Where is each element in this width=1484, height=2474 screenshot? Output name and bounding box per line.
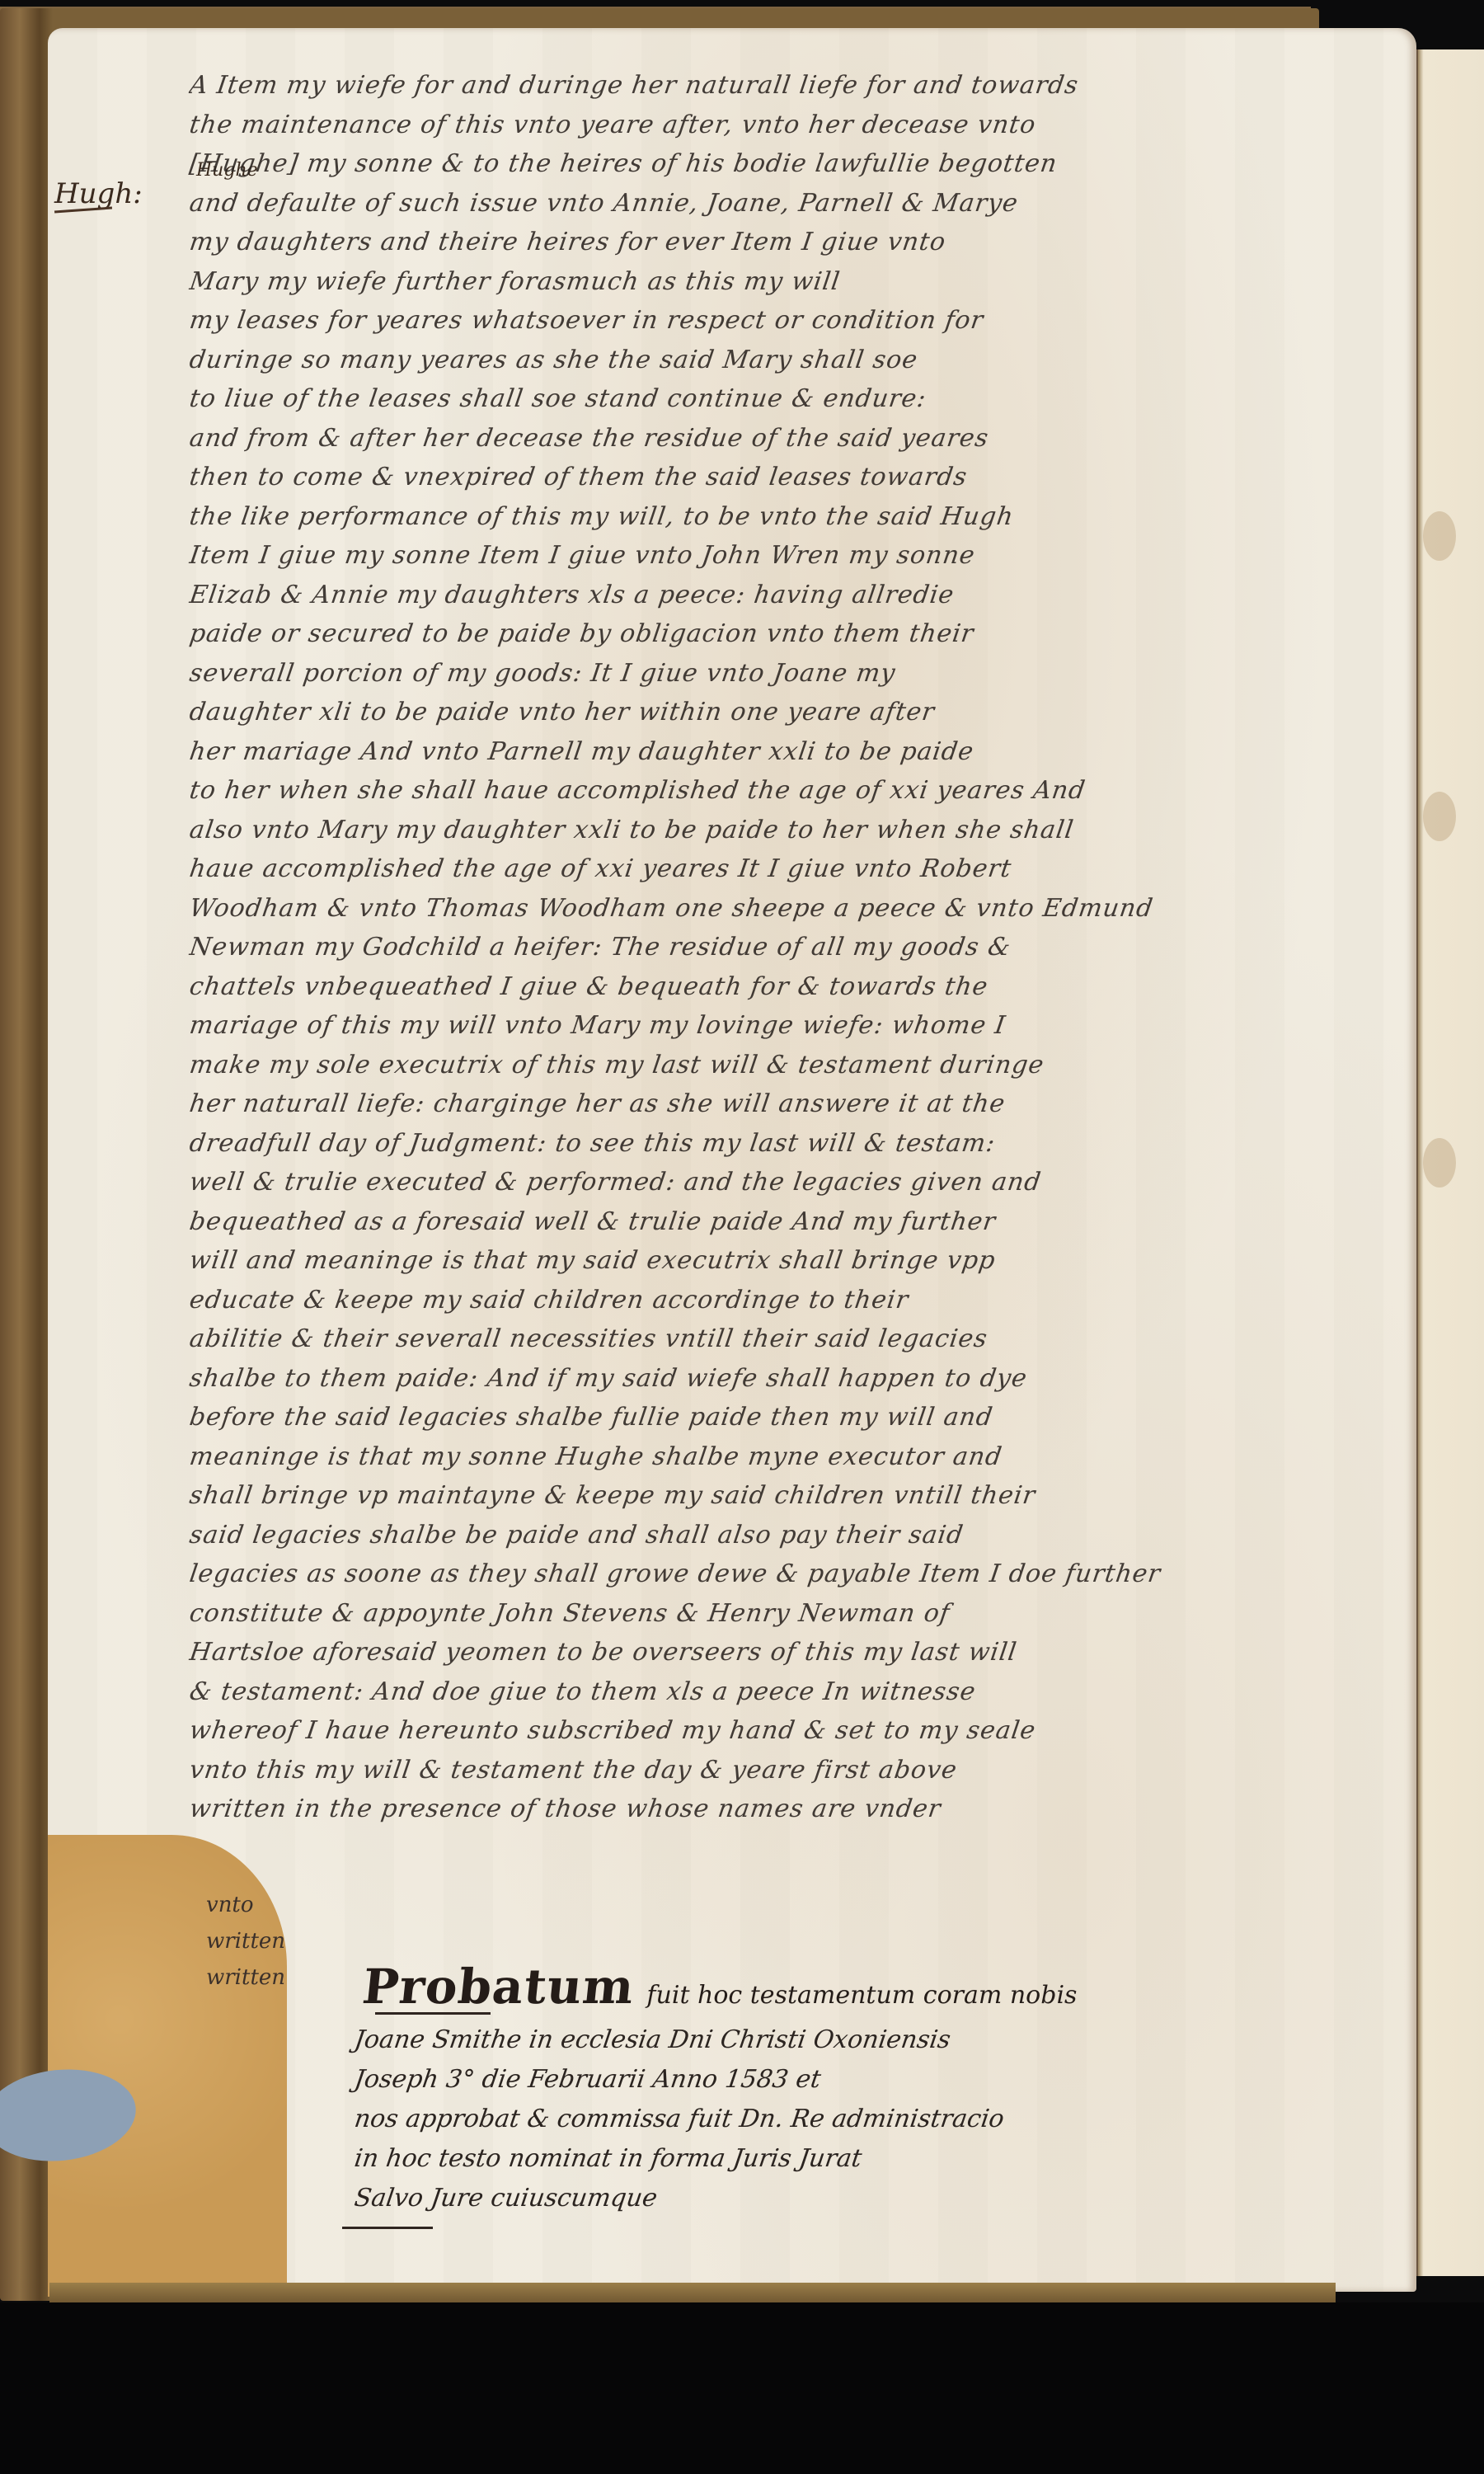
text-line: & testament: And doe giue to them xls a … <box>187 1672 1405 1712</box>
text-line: Item I giue my sonne Item I giue vnto Jo… <box>187 536 1405 576</box>
book-cover-bottom <box>49 2283 1336 2304</box>
text-line: educate & keepe my said children accordi… <box>187 1281 1405 1320</box>
text-line: my leases for yeares whatsoever in respe… <box>187 301 1405 341</box>
probate-heading: Probatum <box>359 1959 636 2015</box>
text-line: bequeathed as a foresaid well & trulie p… <box>187 1202 1405 1242</box>
text-line: abilitie & their severall necessities vn… <box>187 1319 1405 1359</box>
will-text-body: A Item my wiefe for and duringe her natu… <box>190 66 1402 1829</box>
probate-line: Joseph 3° die Februarii Anno 1583 et <box>352 2060 1388 2100</box>
margin-note-text: Hugh: <box>54 177 143 210</box>
background-bottom <box>0 2302 1484 2474</box>
margin-note-hugh: Hugh: <box>54 177 143 211</box>
text-line: daughter xli to be paide vnto her within… <box>187 693 1405 732</box>
text-line: shalbe to them paide: And if my said wie… <box>187 1359 1405 1399</box>
probate-line: Salvo Jure cuiuscumque <box>352 2179 1388 2218</box>
underline-rule <box>375 2012 491 2015</box>
text-line: Woodham & vnto Thomas Woodham one sheepe… <box>187 889 1405 929</box>
text-line: the maintenance of this vnto yeare after… <box>187 106 1405 145</box>
text-line: well & trulie executed & performed: and … <box>187 1163 1405 1202</box>
text-line: chattels vnbequeathed I giue & bequeath … <box>187 967 1405 1007</box>
text-line: to her when she shall haue accomplished … <box>187 771 1405 811</box>
margin-word: written <box>206 1923 285 1959</box>
text-line: Newman my Godchild a heifer: The residue… <box>187 928 1405 967</box>
text-line: meaninge is that my sonne Hughe shalbe m… <box>187 1437 1405 1477</box>
text-line: Mary my wiefe further forasmuch as this … <box>187 262 1405 302</box>
text-line: A Item my wiefe for and duringe her natu… <box>187 66 1405 106</box>
text-line: whereof I haue hereunto subscribed my ha… <box>187 1711 1405 1751</box>
text-line: and defaulte of such issue vnto Annie, J… <box>187 184 1405 223</box>
underline-rule <box>342 2227 433 2229</box>
text-line: [Hughe] my sonne & to the heires of his … <box>187 144 1405 184</box>
text-line: vnto this my will & testament the day & … <box>187 1751 1405 1790</box>
text-line: then to come & vnexpired of them the sai… <box>187 458 1405 497</box>
text-line: written in the presence of those whose n… <box>187 1790 1405 1829</box>
text-line: severall porcion of my goods: It I giue … <box>187 654 1405 694</box>
probate-heading-rest: fuit hoc testamentum coram nobis <box>646 1981 1077 2010</box>
text-line: shall bringe vp maintayne & keepe my sai… <box>187 1476 1405 1516</box>
text-line: Hartsloe aforesaid yeomen to be overseer… <box>187 1633 1405 1672</box>
text-line: duringe so many yeares as she the said M… <box>187 341 1405 380</box>
water-stain <box>1423 1138 1456 1188</box>
left-margin-words: vnto written written <box>206 1887 285 1996</box>
text-line: my daughters and theire heires for ever … <box>187 223 1405 262</box>
text-line: said legacies shalbe be paide and shall … <box>187 1516 1405 1555</box>
text-line: to liue of the leases shall soe stand co… <box>187 379 1405 419</box>
text-line: will and meaninge is that my said execut… <box>187 1241 1405 1281</box>
water-stain <box>1423 792 1456 841</box>
text-line: make my sole executrix of this my last w… <box>187 1046 1405 1085</box>
probate-lines: Joane Smithe in ecclesia Dni Christi Oxo… <box>355 2020 1385 2218</box>
text-line: haue accomplished the age of xxi yeares … <box>187 849 1405 889</box>
text-line: legacies as soone as they shall growe de… <box>187 1554 1405 1594</box>
text-line: Elizab & Annie my daughters xls a peece:… <box>187 576 1405 615</box>
margin-word: written <box>206 1959 285 1996</box>
text-line: also vnto Mary my daughter xxli to be pa… <box>187 811 1405 850</box>
probate-line: in hoc testo nominat in forma Juris Jura… <box>352 2139 1388 2179</box>
text-line: dreadfull day of Judgment: to see this m… <box>187 1124 1405 1164</box>
text-line: her mariage And vnto Parnell my daughter… <box>187 732 1405 772</box>
text-line: before the said legacies shalbe fullie p… <box>187 1398 1405 1437</box>
text-line: and from & after her decease the residue… <box>187 419 1405 459</box>
probate-line: nos approbat & commissa fuit Dn. Re admi… <box>352 2100 1388 2139</box>
text-line: mariage of this my will vnto Mary my lov… <box>187 1006 1405 1046</box>
text-line: constitute & appoynte John Stevens & Hen… <box>187 1594 1405 1634</box>
probate-clause: Probatum fuit hoc testamentum coram nobi… <box>363 1959 1077 2015</box>
facing-page-edge <box>1416 49 1484 2276</box>
text-line: paide or secured to be paide by obligaci… <box>187 614 1405 654</box>
text-line: the like performance of this my will, to… <box>187 497 1405 537</box>
water-stain <box>1423 511 1456 561</box>
text-line: her naturall liefe: charginge her as she… <box>187 1084 1405 1124</box>
margin-word: vnto <box>206 1887 285 1923</box>
probate-line: Joane Smithe in ecclesia Dni Christi Oxo… <box>352 2020 1388 2060</box>
